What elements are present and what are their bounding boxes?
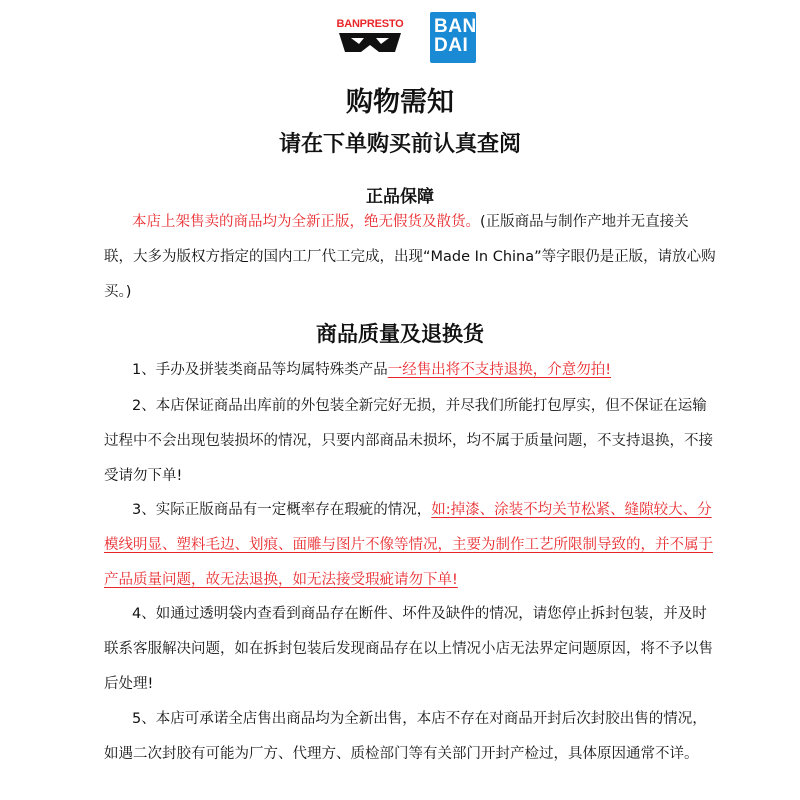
authenticity-paragraph: 本店上架售卖的商品均为全新正版，绝无假货及散货。(正版商品与制作产地并无直接关联… — [104, 205, 716, 310]
mask-icon — [339, 33, 401, 52]
banpresto-wordmark: BANPRESTO — [333, 18, 407, 30]
policy-item-2: 2、本店保证商品出库前的外包装全新完好无损，并尽我们所能打包厚实，但不保证在运输… — [104, 389, 716, 494]
bandai-wordmark-line2: DAI — [434, 36, 468, 55]
page-title: 购物需知 — [0, 80, 800, 119]
bandai-wordmark-line1: BAN — [434, 17, 477, 36]
policy-item-3: 3、实际正版商品有一定概率存在瑕疵的情况，如:掉漆、涂装不均关节松紧、缝隙较大、… — [104, 493, 716, 598]
section-heading-authenticity: 正品保障 — [0, 182, 800, 207]
policy-item-text: 4、如通过透明袋内查看到商品存在断件、坏件及缺件的情况，请您停止拆封包装，并及时… — [104, 606, 713, 692]
policy-item-1: 1、手办及拼装类商品等均属特殊类产品一经售出将不支持退换，介意勿拍! — [104, 353, 716, 388]
authenticity-guarantee-text: 本店上架售卖的商品均为全新正版，绝无假货及散货。 — [132, 214, 480, 230]
policy-item-5: 5、本店可承诺全店售出商品均为全新出售，本店不存在对商品开封后次封胶出售的情况，… — [104, 702, 716, 772]
page-subtitle: 请在下单购买前认真查阅 — [0, 127, 800, 158]
policy-item-4: 4、如通过透明袋内查看到商品存在断件、坏件及缺件的情况，请您停止拆封包装，并及时… — [104, 597, 716, 702]
policy-item-warning: 一经售出将不支持退换，介意勿拍! — [388, 362, 611, 378]
section-heading-quality: 商品质量及退换货 — [0, 318, 800, 348]
policy-item-text: 2、本店保证商品出库前的外包装全新完好无损，并尽我们所能打包厚实，但不保证在运输… — [104, 398, 713, 484]
banpresto-logo: BANPRESTO — [333, 18, 407, 54]
bandai-logo: BAN DAI — [430, 12, 476, 63]
policy-item-text: 5、本店可承诺全店售出商品均为全新出售，本店不存在对商品开封后次封胶出售的情况，… — [104, 711, 707, 762]
policy-item-text: 1、手办及拼装类商品等均属特殊类产品 — [132, 362, 388, 378]
policy-item-text: 3、实际正版商品有一定概率存在瑕疵的情况， — [132, 502, 431, 518]
brand-logos: BANPRESTO BAN DAI — [0, 10, 800, 66]
